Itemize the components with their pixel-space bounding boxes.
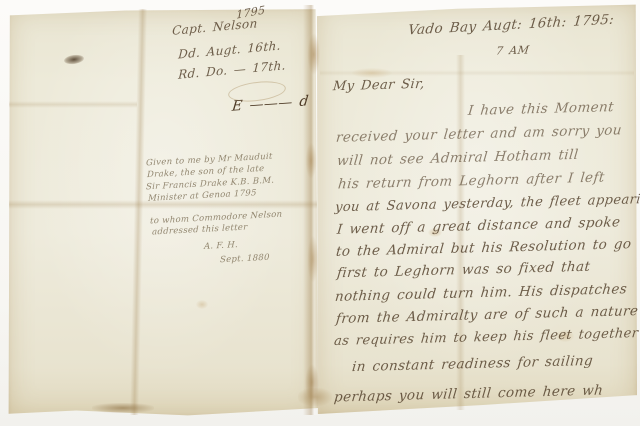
edge-stain — [92, 403, 154, 413]
fold-crease-horizontal-strip — [9, 101, 137, 108]
letter-photograph: 1795 Capt. Nelson Dd. Augt. 16th. Rd. Do… — [0, 0, 640, 426]
pencil-initials: A. F. H. — [204, 240, 238, 252]
edge-stain — [298, 388, 332, 406]
letter-salutation: My Dear Sir, — [332, 77, 425, 94]
foxing-spot — [352, 68, 392, 78]
foxing-spot — [196, 300, 208, 309]
center-fold-junction — [303, 5, 321, 415]
letter-time: 7 AM — [495, 43, 530, 57]
